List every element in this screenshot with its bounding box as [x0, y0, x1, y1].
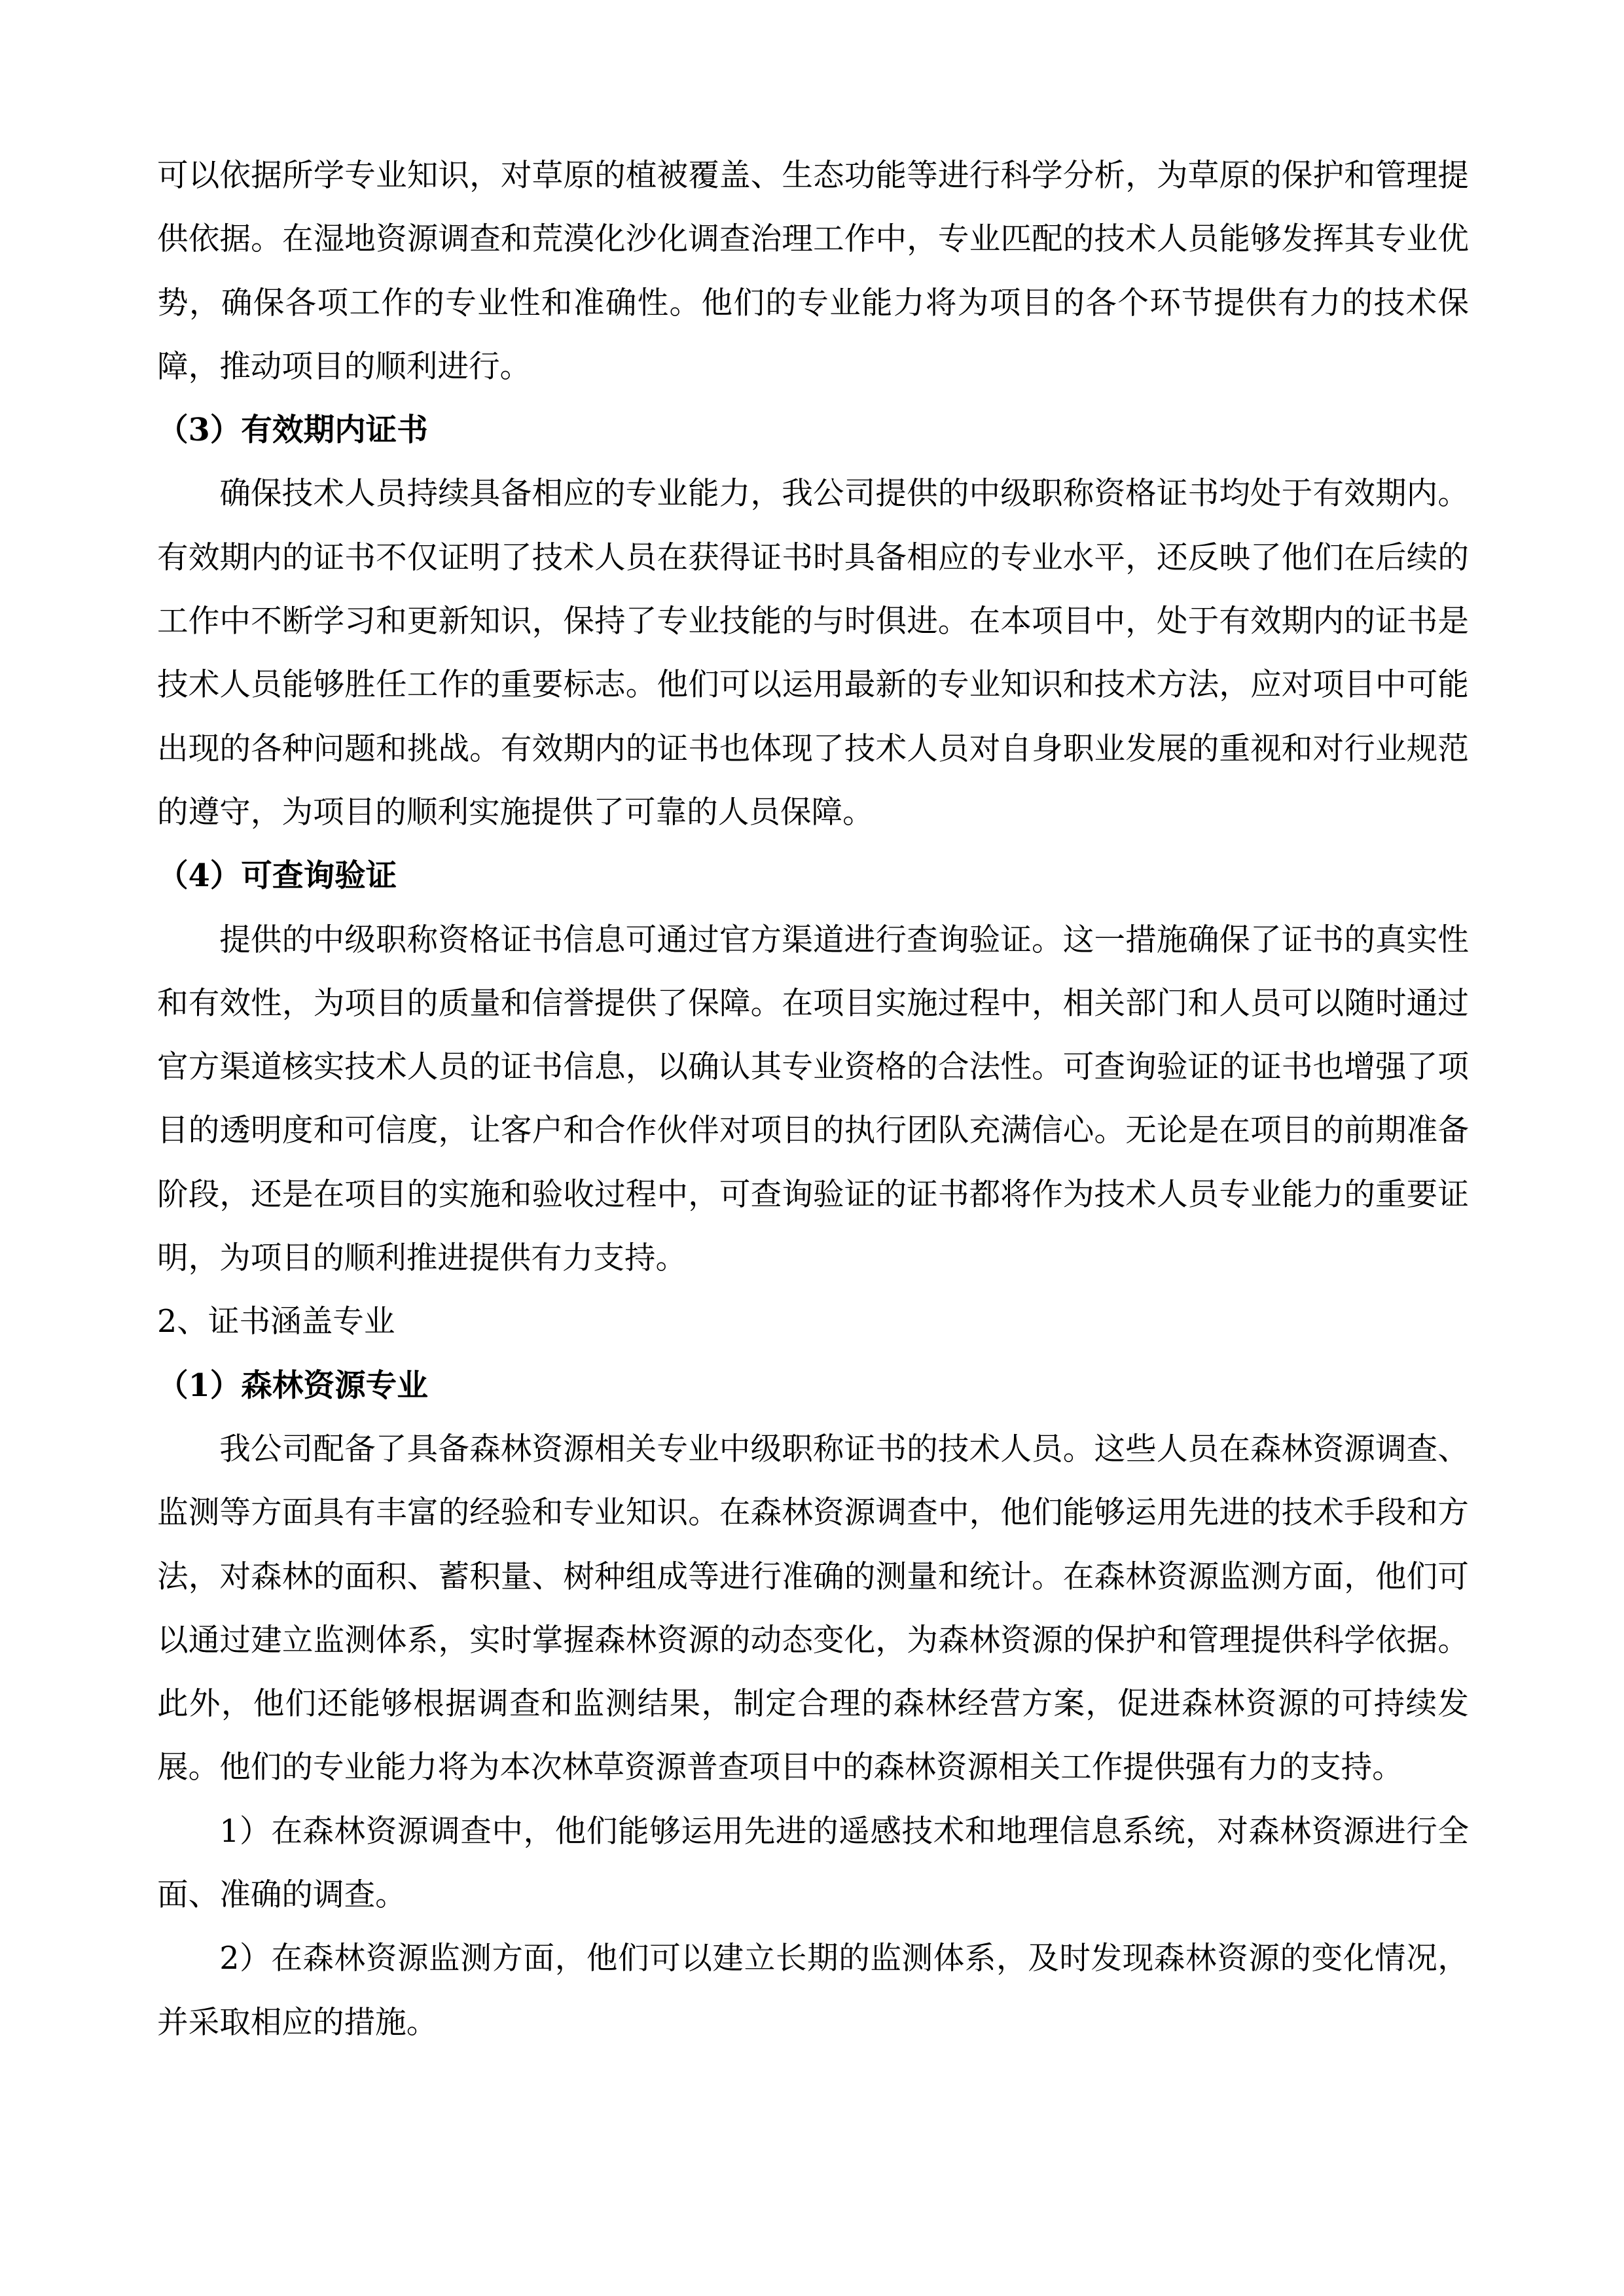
- paragraph-verifiable: 提供的中级职称资格证书信息可通过官方渠道进行查询验证。这一措施确保了证书的真实性…: [157, 908, 1469, 1291]
- paragraph-grassland-continuation: 可以依据所学专业知识，对草原的植被覆盖、生态功能等进行科学分析，为草原的保护和管…: [157, 144, 1469, 399]
- list-item-forest-monitoring: 2）在森林资源监测方面，他们可以建立长期的监测体系，及时发现森林资源的变化情况，…: [157, 1927, 1469, 2054]
- list-item-forest-survey: 1）在森林资源调查中，他们能够运用先进的遥感技术和地理信息系统，对森林资源进行全…: [157, 1800, 1469, 1928]
- paragraph-forest-resources: 我公司配备了具备森林资源相关专业中级职称证书的技术人员。这些人员在森林资源调查、…: [157, 1418, 1469, 1800]
- paragraph-valid-certificates: 确保技术人员持续具备相应的专业能力，我公司提供的中级职称资格证书均处于有效期内。…: [157, 462, 1469, 844]
- document-page: 可以依据所学专业知识，对草原的植被覆盖、生态功能等进行科学分析，为草原的保护和管…: [157, 144, 1469, 2054]
- section-heading-certificate-specialties: 2、证书涵盖专业: [157, 1290, 1469, 1354]
- subheading-forest-resources: （1）森林资源专业: [157, 1354, 1469, 1418]
- subheading-verifiable: （4）可查询验证: [157, 844, 1469, 908]
- subheading-valid-certificates: （3）有效期内证书: [157, 399, 1469, 462]
